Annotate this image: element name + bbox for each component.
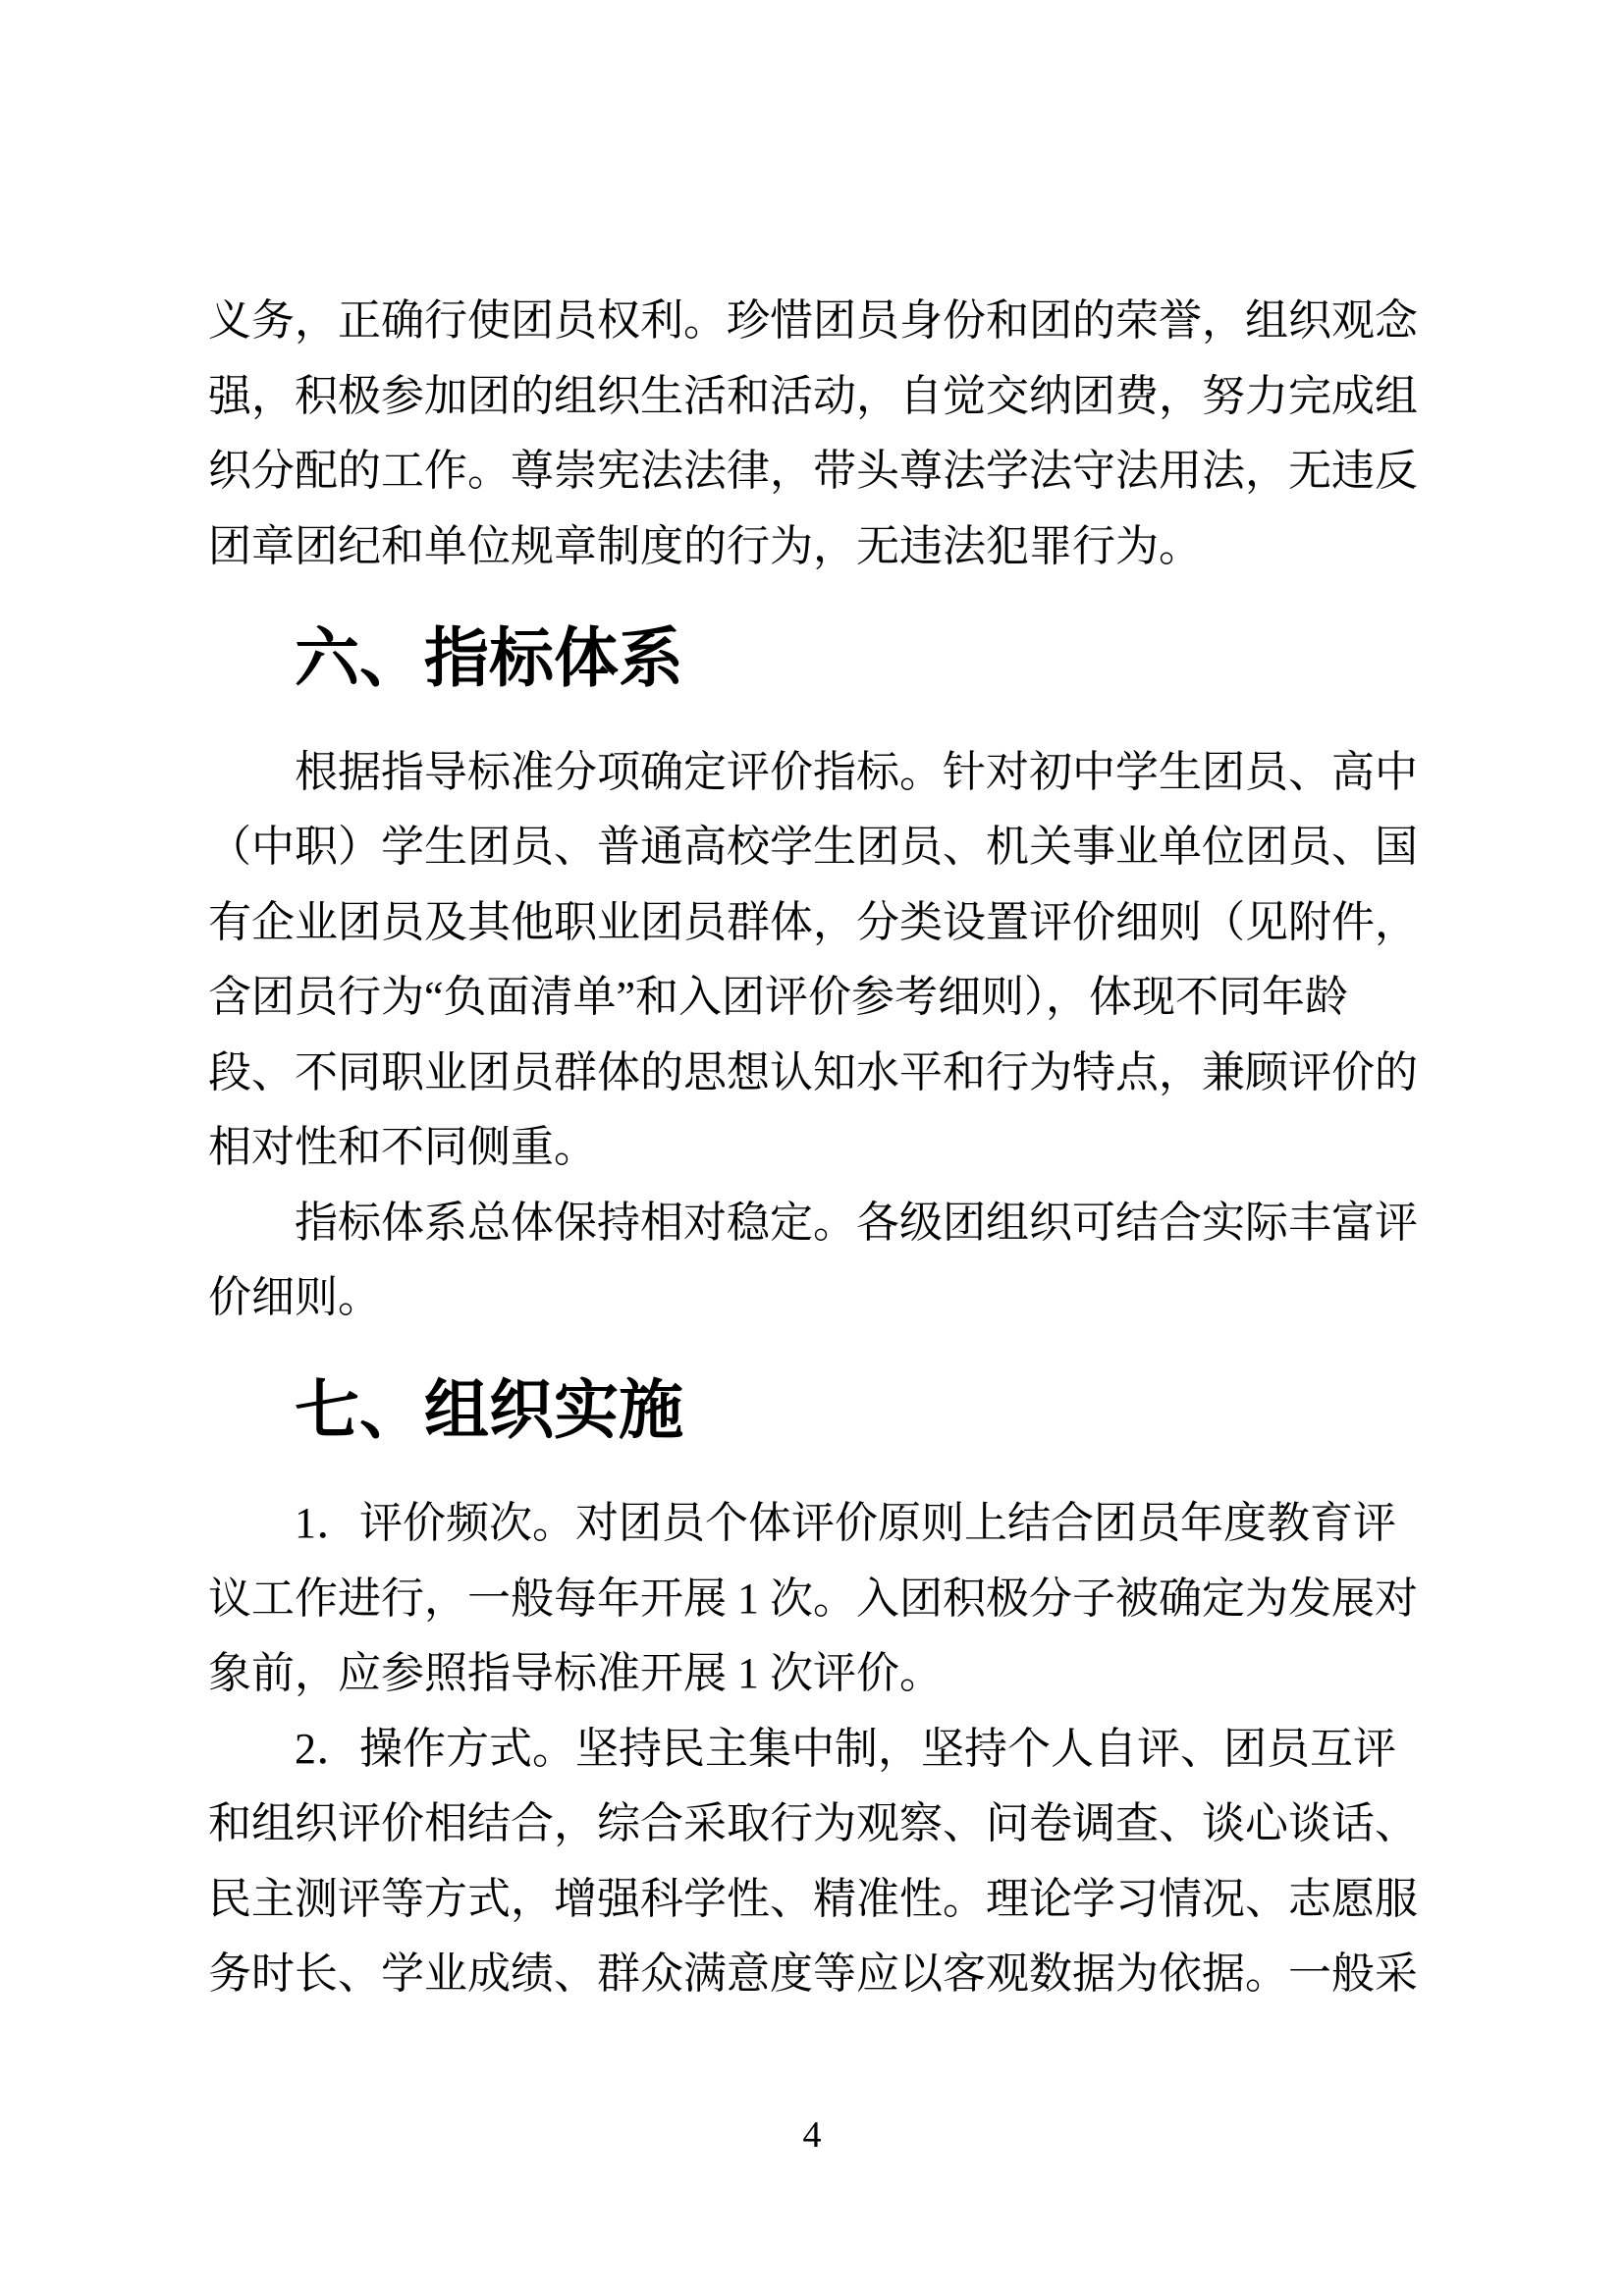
text-line: 议工作进行，一般每年开展 1 次。入团积极分子被确定为发展对 — [208, 1562, 1416, 1637]
text-line: 2．操作方式。坚持民主集中制，坚持个人自评、团员互评 — [208, 1712, 1416, 1788]
text-line: （中职）学生团员、普通高校学生团员、机关事业单位团员、国 — [208, 810, 1416, 885]
text-line: 象前，应参照指导标准开展 1 次评价。 — [208, 1636, 1416, 1712]
text-line: 相对性和不同侧重。 — [208, 1110, 1416, 1186]
section-heading-6: 六、指标体系 — [208, 622, 1416, 698]
paragraph-continuation: 义务，正确行使团员权利。珍惜团员身份和团的荣誉，组织观念 强，积极参加团的组织生… — [208, 284, 1416, 584]
paragraph: 根据指导标准分项确定评价指标。针对初中学生团员、高中 （中职）学生团员、普通高校… — [208, 735, 1416, 1186]
text-line: 民主测评等方式，增强科学性、精准性。理论学习情况、志愿服 — [208, 1862, 1416, 1938]
paragraph-numbered-1: 1．评价频次。对团员个体评价原则上结合团员年度教育评 议工作进行，一般每年开展 … — [208, 1486, 1416, 1712]
text-line: 强，积极参加团的组织生活和活动，自觉交纳团费，努力完成组 — [208, 359, 1416, 435]
document-page: 义务，正确行使团员权利。珍惜团员身份和团的荣誉，组织观念 强，积极参加团的组织生… — [0, 0, 1624, 2296]
page-number: 4 — [0, 2116, 1624, 2154]
text-line: 段、不同职业团员群体的思想认知水平和行为特点，兼顾评价的 — [208, 1036, 1416, 1111]
text-line: 织分配的工作。尊崇宪法法律，带头尊法学法守法用法，无违反 — [208, 434, 1416, 509]
text-line: 团章团纪和单位规章制度的行为，无违法犯罪行为。 — [208, 509, 1416, 585]
text-line: 含团员行为“负面清单”和入团评价参考细则），体现不同年龄 — [208, 960, 1416, 1036]
paragraph-numbered-2: 2．操作方式。坚持民主集中制，坚持个人自评、团员互评 和组织评价相结合，综合采取… — [208, 1712, 1416, 2012]
text-line: 有企业团员及其他职业团员群体，分类设置评价细则（见附件， — [208, 885, 1416, 961]
text-line: 指标体系总体保持相对稳定。各级团组织可结合实际丰富评 — [208, 1186, 1416, 1261]
text-line: 和组织评价相结合，综合采取行为观察、问卷调查、谈心谈话、 — [208, 1787, 1416, 1862]
page-body: 义务，正确行使团员权利。珍惜团员身份和团的荣誉，组织观念 强，积极参加团的组织生… — [208, 284, 1416, 2012]
text-line: 务时长、学业成绩、群众满意度等应以客观数据为依据。一般采 — [208, 1937, 1416, 2012]
text-line: 义务，正确行使团员权利。珍惜团员身份和团的荣誉，组织观念 — [208, 284, 1416, 359]
text-line: 1．评价频次。对团员个体评价原则上结合团员年度教育评 — [208, 1486, 1416, 1562]
paragraph: 指标体系总体保持相对稳定。各级团组织可结合实际丰富评 价细则。 — [208, 1186, 1416, 1336]
text-line: 根据指导标准分项确定评价指标。针对初中学生团员、高中 — [208, 735, 1416, 811]
section-heading-7: 七、组织实施 — [208, 1374, 1416, 1450]
text-line: 价细则。 — [208, 1260, 1416, 1336]
